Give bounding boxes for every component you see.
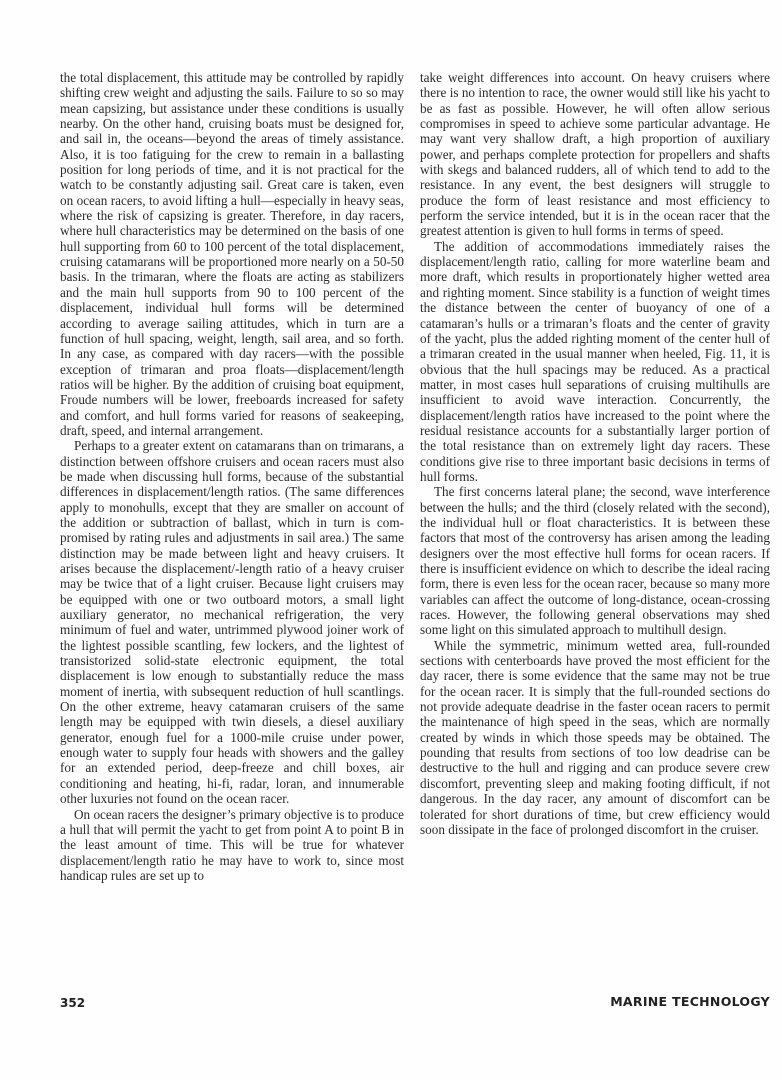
paragraph: the total displacement, this attitude ma…	[60, 70, 404, 438]
paragraph: take weight differences into account. On…	[420, 70, 770, 239]
paragraph: Perhaps to a greater extent on catamaran…	[60, 438, 404, 806]
left-column: the total displacement, this attitude ma…	[60, 70, 404, 883]
paragraph: On ocean racers the designer’s primary o…	[60, 807, 404, 884]
paragraph: While the symmetric, minimum wetted area…	[420, 638, 770, 837]
paragraph: The first concerns lateral plane; the se…	[420, 484, 770, 637]
page-number: 352	[60, 996, 85, 1010]
journal-page: the total displacement, this attitude ma…	[0, 0, 782, 1080]
right-column: take weight differences into account. On…	[420, 70, 770, 837]
paragraph: The addition of accommodations immediate…	[420, 239, 770, 485]
journal-name: MARINE TECHNOLOGY	[610, 994, 770, 1009]
